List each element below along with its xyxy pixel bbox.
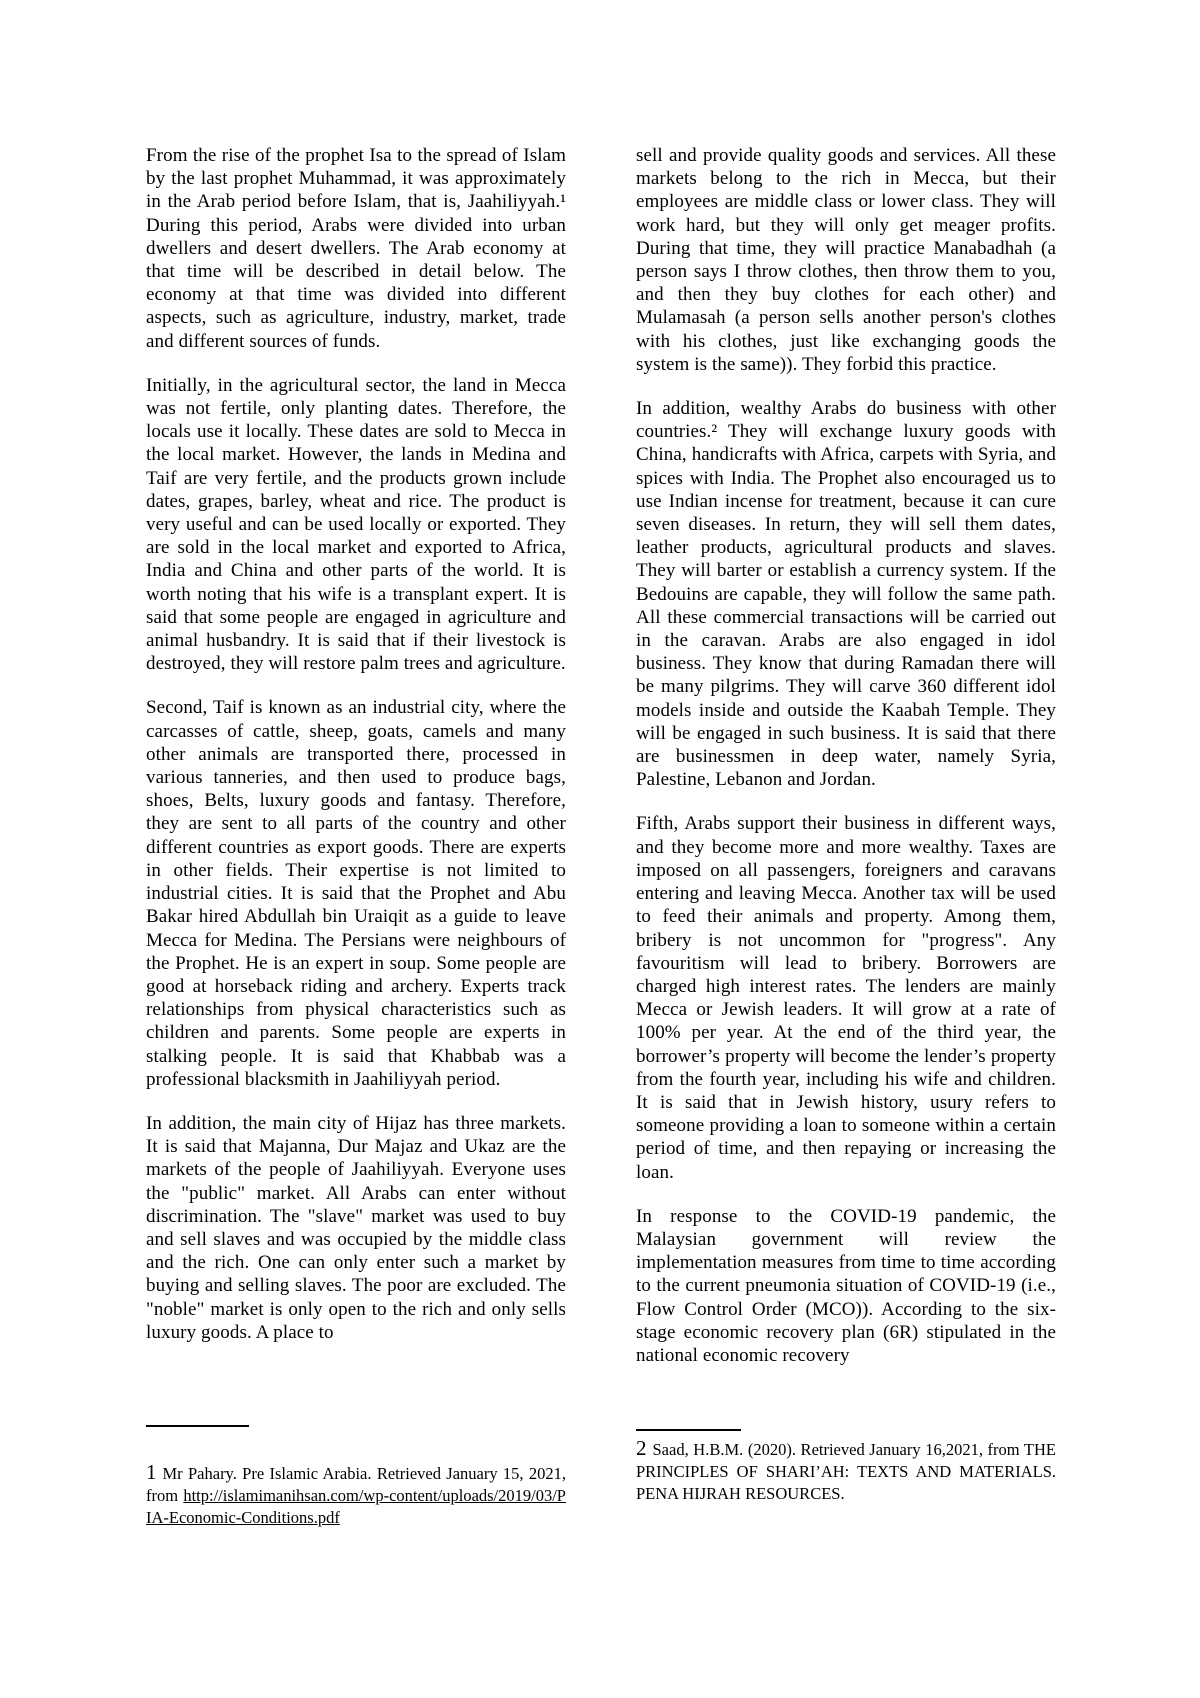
left-column: From the rise of the prophet Isa to the … xyxy=(146,144,566,1344)
paragraph: From the rise of the prophet Isa to the … xyxy=(146,144,566,353)
paragraph: Second, Taif is known as an industrial c… xyxy=(146,696,566,1090)
paragraph: In response to the COVID-19 pandemic, th… xyxy=(636,1205,1056,1367)
paragraph: Initially, in the agricultural sector, t… xyxy=(146,374,566,676)
footnote-separator-right xyxy=(636,1429,741,1431)
footnote-2-text: Saad, H.B.M. (2020). Retrieved January 1… xyxy=(636,1440,1056,1503)
footnote-1: 1Mr Pahary. Pre Islamic Arabia. Retrieve… xyxy=(146,1462,566,1528)
paragraph: sell and provide quality goods and servi… xyxy=(636,144,1056,376)
footnote-separator-left xyxy=(146,1425,249,1427)
document-page: From the rise of the prophet Isa to the … xyxy=(0,0,1200,1698)
footnote-2: 2Saad, H.B.M. (2020). Retrieved January … xyxy=(636,1438,1056,1504)
right-column: sell and provide quality goods and servi… xyxy=(636,144,1056,1367)
footnote-1-url-link[interactable]: http://islamimanihsan.com/wp-content/upl… xyxy=(146,1486,566,1527)
paragraph: In addition, wealthy Arabs do business w… xyxy=(636,397,1056,791)
footnote-2-number: 2 xyxy=(636,1436,653,1460)
footnote-1-number: 1 xyxy=(146,1460,163,1484)
paragraph: Fifth, Arabs support their business in d… xyxy=(636,812,1056,1183)
paragraph: In addition, the main city of Hijaz has … xyxy=(146,1112,566,1344)
